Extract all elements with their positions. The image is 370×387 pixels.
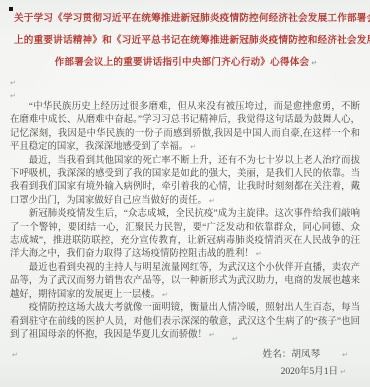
paragraph-text: 疫情防控这场大战大考就像一面明镜，衡量出人情冷暖，照射出人生百态，每当看到驻守在… — [10, 303, 360, 340]
paragraph-return-icon: ↵ — [12, 351, 18, 359]
signature-name-row: 姓名：胡凤琴↵ — [263, 347, 348, 364]
document-page: 关于学习《学习贯彻习近平在统筹推进新冠肺炎疫情防控何经济社会发展工作部署会议 上… — [0, 0, 370, 387]
body-paragraph: 最近也看到央视的主持人与明星流量网红等，为武汉这个小伙伴开直播，卖农产品等，为了… — [10, 262, 360, 302]
signature-date-row: 2020年5月1日↵ — [263, 364, 348, 381]
document-body: “中华民族历史上经历过很多磨难，但从来没有被压垮过，而是愈挫愈勇，不断在磨难中成… — [0, 100, 370, 342]
body-paragraph: “中华民族历史上经历过很多磨难，但从来没有被压垮过，而是愈挫愈勇，不断在磨难中成… — [10, 101, 360, 155]
paragraph-return-icon: ↵ — [340, 368, 346, 376]
paragraph-text: 最近，当我看到其他国家的死亡率不断上升，还有不为七十岁以上老人治疗而拔下呼吸机，… — [10, 156, 360, 206]
body-paragraph: 疫情防控这场大战大考就像一面明镜，衡量出人情冷暖，照射出人生百态，每当看到驻守在… — [10, 302, 360, 342]
signature-date: 2020年5月1日 — [281, 366, 339, 377]
title-line-1: 关于学习《学习贯彻习近平在统筹推进新冠肺炎疫情防控何经济社会发展工作部署会议 — [14, 8, 358, 30]
paragraph-text: 新冠肺炎疫情发生后，“众志成城，全民抗疫”成为主旋律。这次事件给我们敲响了一个警… — [10, 209, 360, 259]
title-line-3: 作部署会议上的重要讲话指引中央部门齐心行动》心得体会↵ — [14, 52, 358, 74]
document-title: 关于学习《学习贯彻习近平在统筹推进新冠肺炎疫情防控何经济社会发展工作部署会议 上… — [0, 0, 370, 74]
paragraph-return-icon: ↵ — [232, 335, 238, 343]
paragraph-return-icon: ↵ — [10, 92, 16, 100]
empty-paragraph: ↵ — [230, 332, 238, 344]
signature-name: 姓名：胡凤琴 — [263, 349, 321, 360]
paragraph-return-icon: ↵ — [256, 250, 262, 258]
paragraph-return-icon: ↵ — [162, 291, 168, 299]
empty-paragraph: ↵ — [0, 87, 370, 100]
body-paragraph: 最近，当我看到其他国家的死亡率不断上升，还有不为七十岁以上老人治疗而拔下呼吸机，… — [10, 155, 360, 209]
paragraph-text: 最近也看到央视的主持人与明星流量网红等，为武汉这个小伙伴开直播，卖农产品等，为了… — [10, 263, 360, 300]
paragraph-return-icon: ↵ — [10, 79, 16, 87]
title-line-2: 上的重要讲话精神》和《习近平总书记在统筹推进新冠肺炎疫情防控和经济社会发展工 — [14, 30, 358, 52]
title-line-3-text: 作部署会议上的重要讲话指引中央部门齐心行动》心得体会 — [55, 57, 310, 68]
body-paragraph: 新冠肺炎疫情发生后，“众志成城，全民抗疫”成为主旋律。这次事件给我们敲响了一个警… — [10, 208, 360, 262]
signature-block: 姓名：胡凤琴↵ 2020年5月1日↵ — [263, 347, 348, 380]
scan-artifact-dot — [9, 7, 13, 11]
paragraph-return-icon: ↵ — [311, 59, 317, 67]
paragraph-return-icon: ↵ — [209, 331, 215, 339]
paragraph-return-icon: ↵ — [190, 143, 196, 151]
paragraph-text: “中华民族历史上经历过很多磨难，但从来没有被压垮过，而是愈挫愈勇，不断在磨难中成… — [10, 102, 360, 152]
empty-paragraph: ↵ — [0, 74, 370, 87]
empty-paragraph: ↵ — [10, 348, 18, 360]
paragraph-return-icon: ↵ — [209, 197, 215, 205]
paragraph-return-icon: ↵ — [342, 351, 348, 359]
